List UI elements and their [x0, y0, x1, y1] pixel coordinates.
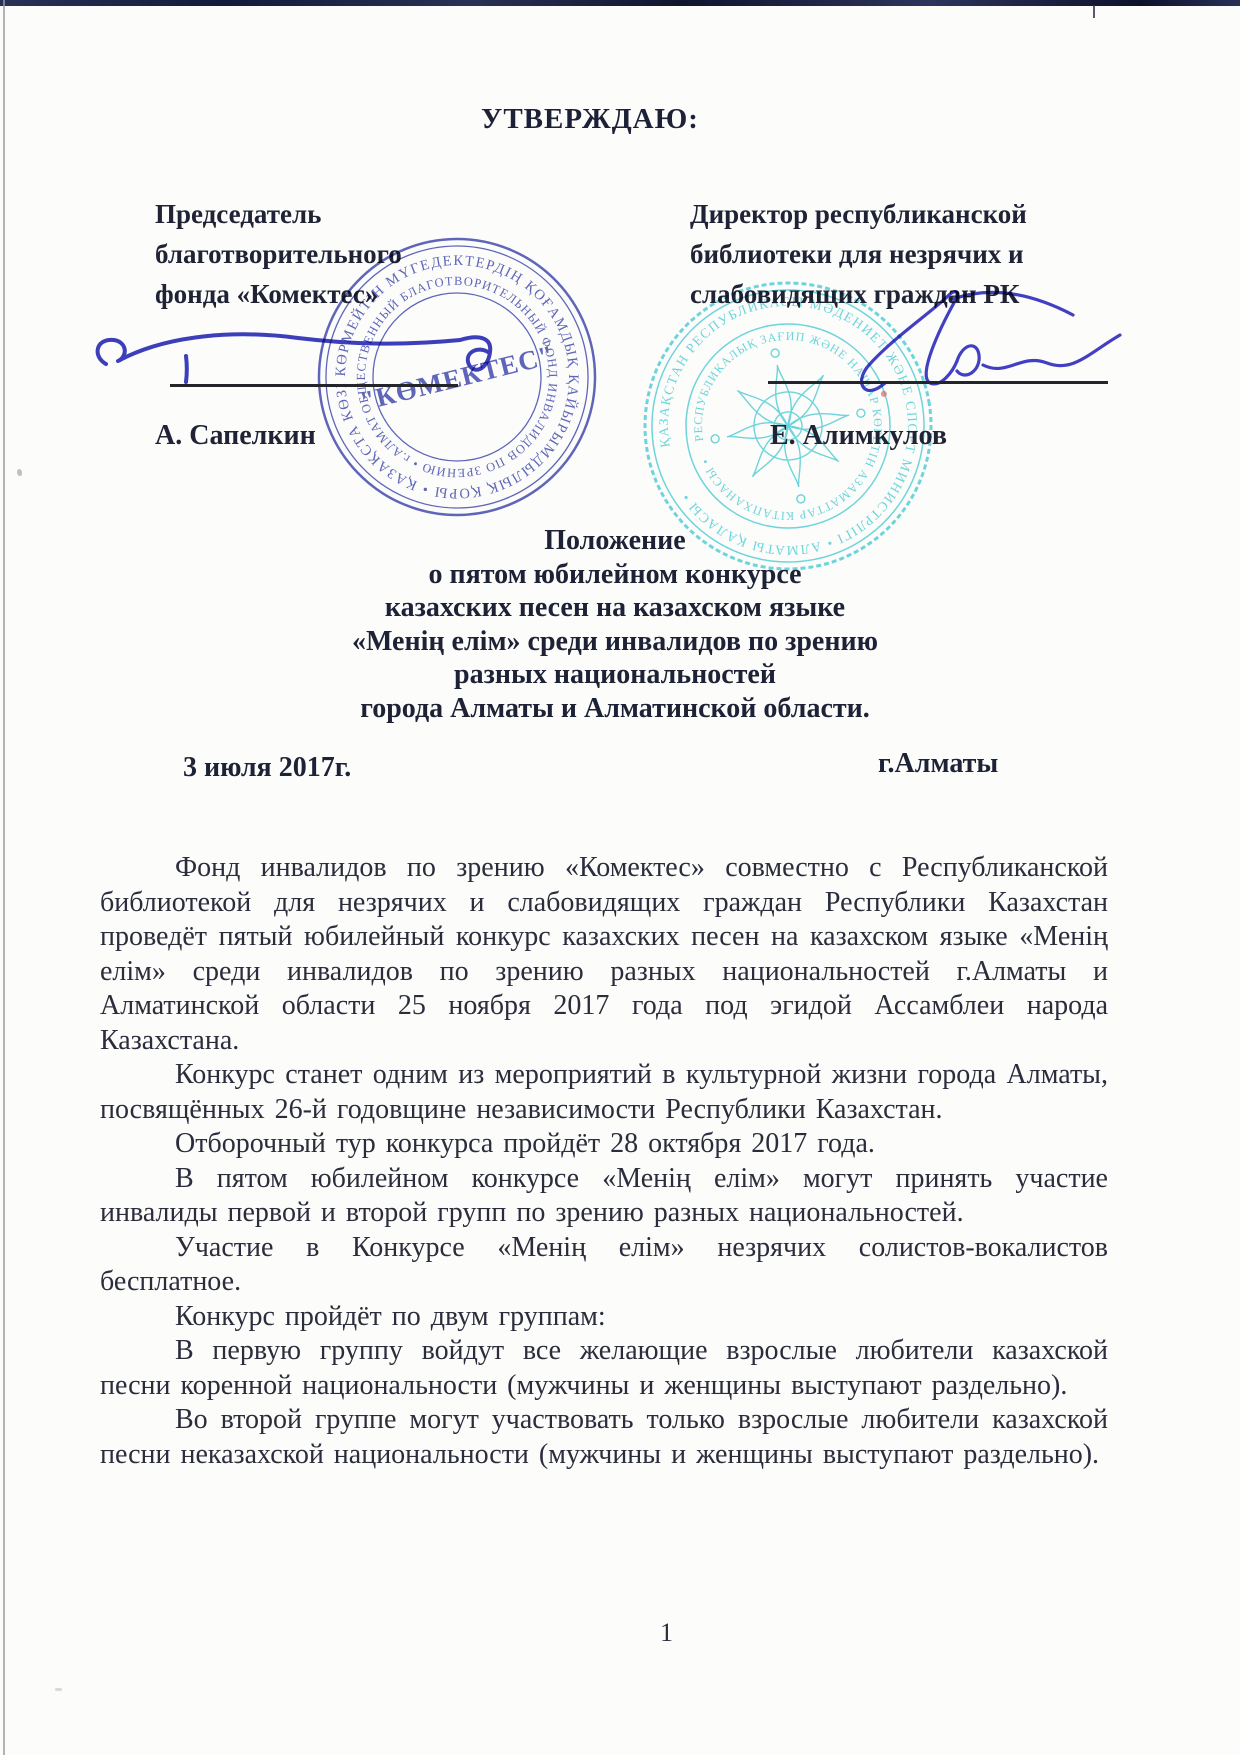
page-number: 1 — [660, 1618, 673, 1648]
scan-edge-artifact-left — [3, 0, 5, 1755]
title-line: Положение — [0, 524, 1230, 558]
document-city: г.Алматы — [878, 748, 998, 780]
right-signature-line — [768, 381, 1108, 384]
title-line: разных национальностей — [0, 658, 1230, 692]
scan-speck — [17, 469, 22, 476]
paragraph: Во второй группе могут участвовать тольк… — [100, 1403, 1108, 1472]
paragraph: Конкурс пройдёт по двум группам: — [100, 1300, 1108, 1335]
paragraph: В пятом юбилейном конкурсе «Менің елім» … — [100, 1162, 1108, 1231]
left-signer-name: А. Сапелкин — [155, 420, 316, 452]
left-signature-ink — [88, 312, 568, 412]
document-page: УТВЕРЖДАЮ: Председатель благотворительно… — [0, 0, 1240, 1755]
right-signer-role-line: библиотеки для незрячих и — [690, 234, 1030, 274]
right-signer-name: Е. Алимкулов — [770, 420, 947, 452]
document-date: 3 июля 2017г. — [183, 752, 351, 784]
scan-speck — [55, 1688, 62, 1691]
paragraph: Участие в Конкурсе «Менің елім» незрячих… — [100, 1231, 1108, 1300]
paragraph: Отборочный тур конкурса пройдёт 28 октяб… — [100, 1127, 1108, 1162]
scan-edge-artifact-top — [0, 0, 1240, 6]
title-line: «Менің елім» среди инвалидов по зрению — [0, 625, 1230, 659]
paragraph: Конкурс станет одним из мероприятий в ку… — [100, 1058, 1108, 1127]
title-line: о пятом юбилейном конкурсе — [0, 558, 1230, 592]
right-signer-role-line: Директор республиканской — [690, 194, 1030, 234]
left-signature-line — [170, 384, 458, 387]
approve-heading: УТВЕРЖДАЮ: — [0, 103, 1180, 136]
title-line: города Алматы и Алматинской области. — [0, 692, 1230, 726]
document-body: Фонд инвалидов по зрению «Комектес» совм… — [100, 851, 1108, 1472]
document-title: Положение о пятом юбилейном конкурсе каз… — [0, 524, 1230, 725]
paragraph: Фонд инвалидов по зрению «Комектес» совм… — [100, 851, 1108, 1058]
right-signature-ink — [845, 283, 1145, 413]
scan-edge-artifact-tick — [1093, 5, 1095, 18]
paragraph: В первую группу войдут все желающие взро… — [100, 1334, 1108, 1403]
left-signer-role-line: Председатель — [155, 194, 515, 234]
title-line: казахских песен на казахском языке — [0, 591, 1230, 625]
